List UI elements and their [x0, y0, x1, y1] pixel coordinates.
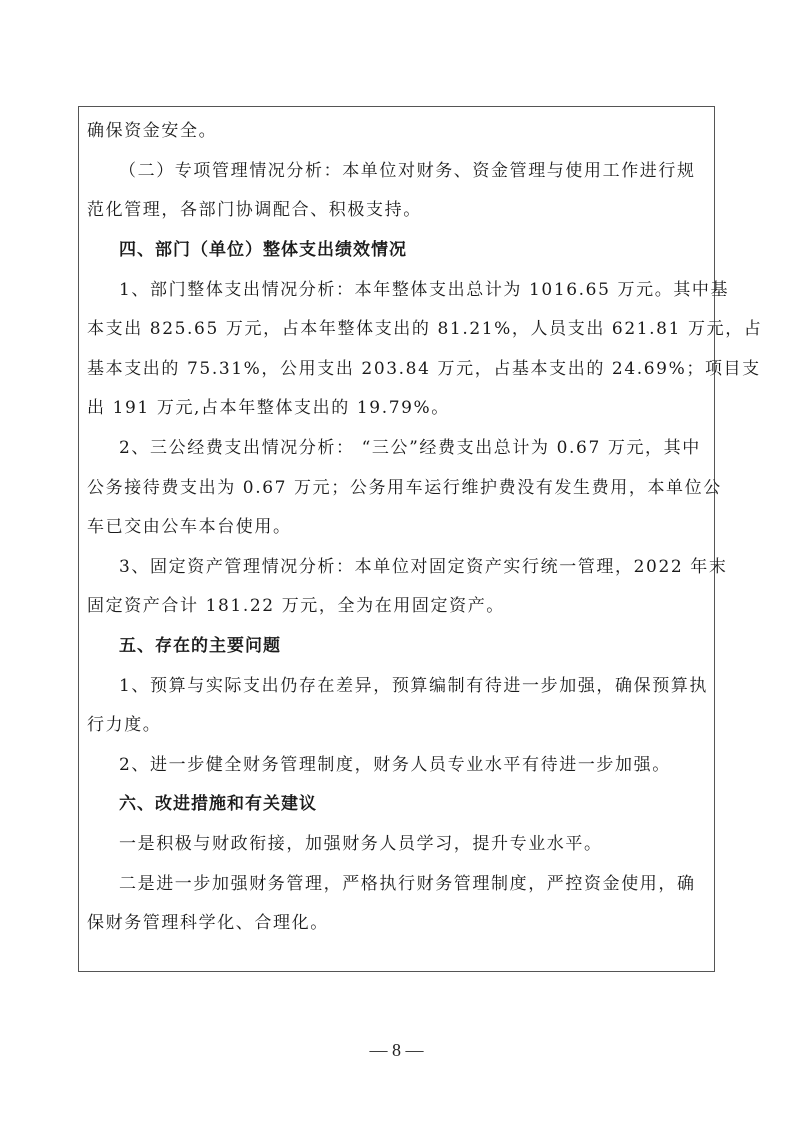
text-line: 本支出 825.65 万元，占本年整体支出的 81.21%，人员支出 621.8… [87, 319, 762, 339]
text-line: 车已交由公车本台使用。 [87, 517, 292, 537]
text-line: （二）专项管理情况分析：本单位对财务、资金管理与使用工作进行规 [119, 161, 696, 181]
text-line: 出 191 万元,占本年整体支出的 19.79%。 [87, 398, 450, 418]
text-line: 3、固定资产管理情况分析：本单位对固定资产实行统一管理，2022 年末 [119, 557, 727, 577]
text-line: 2、进一步健全财务管理制度，财务人员专业水平有待进一步加强。 [119, 755, 671, 775]
text-line: 公务接待费支出为 0.67 万元；公务用车运行维护费没有发生费用，本单位公 [87, 478, 722, 498]
content-box: 确保资金安全。 （二）专项管理情况分析：本单位对财务、资金管理与使用工作进行规 … [78, 106, 715, 972]
page-number: — 8 — [0, 1040, 793, 1061]
section-heading: 五、存在的主要问题 [119, 636, 281, 656]
text-line: 二是进一步加强财务管理，严格执行财务管理制度，严控资金使用，确 [119, 874, 696, 894]
text-line: 固定资产合计 181.22 万元，全为在用固定资产。 [87, 596, 505, 616]
text-line: 一是积极与财政衔接，加强财务人员学习，提升专业水平。 [119, 834, 603, 854]
text-line: 1、部门整体支出情况分析：本年整体支出总计为 1016.65 万元。其中基 [119, 280, 729, 300]
text-line: 保财务管理科学化、合理化。 [87, 913, 329, 933]
text-line: 基本支出的 75.31%，公用支出 203.84 万元，占基本支出的 24.69… [87, 359, 761, 379]
text-line: 1、预算与实际支出仍存在差异，预算编制有待进一步加强，确保预算执 [119, 676, 708, 696]
text-line: 2、三公经费支出情况分析： “三公”经费支出总计为 0.67 万元，其中 [119, 438, 701, 458]
text-line: 行力度。 [87, 715, 161, 735]
section-heading: 四、部门（单位）整体支出绩效情况 [119, 240, 407, 260]
text-line: 范化管理，各部门协调配合、积极支持。 [87, 200, 422, 220]
text-line: 确保资金安全。 [87, 121, 217, 141]
section-heading: 六、改进措施和有关建议 [119, 794, 317, 814]
